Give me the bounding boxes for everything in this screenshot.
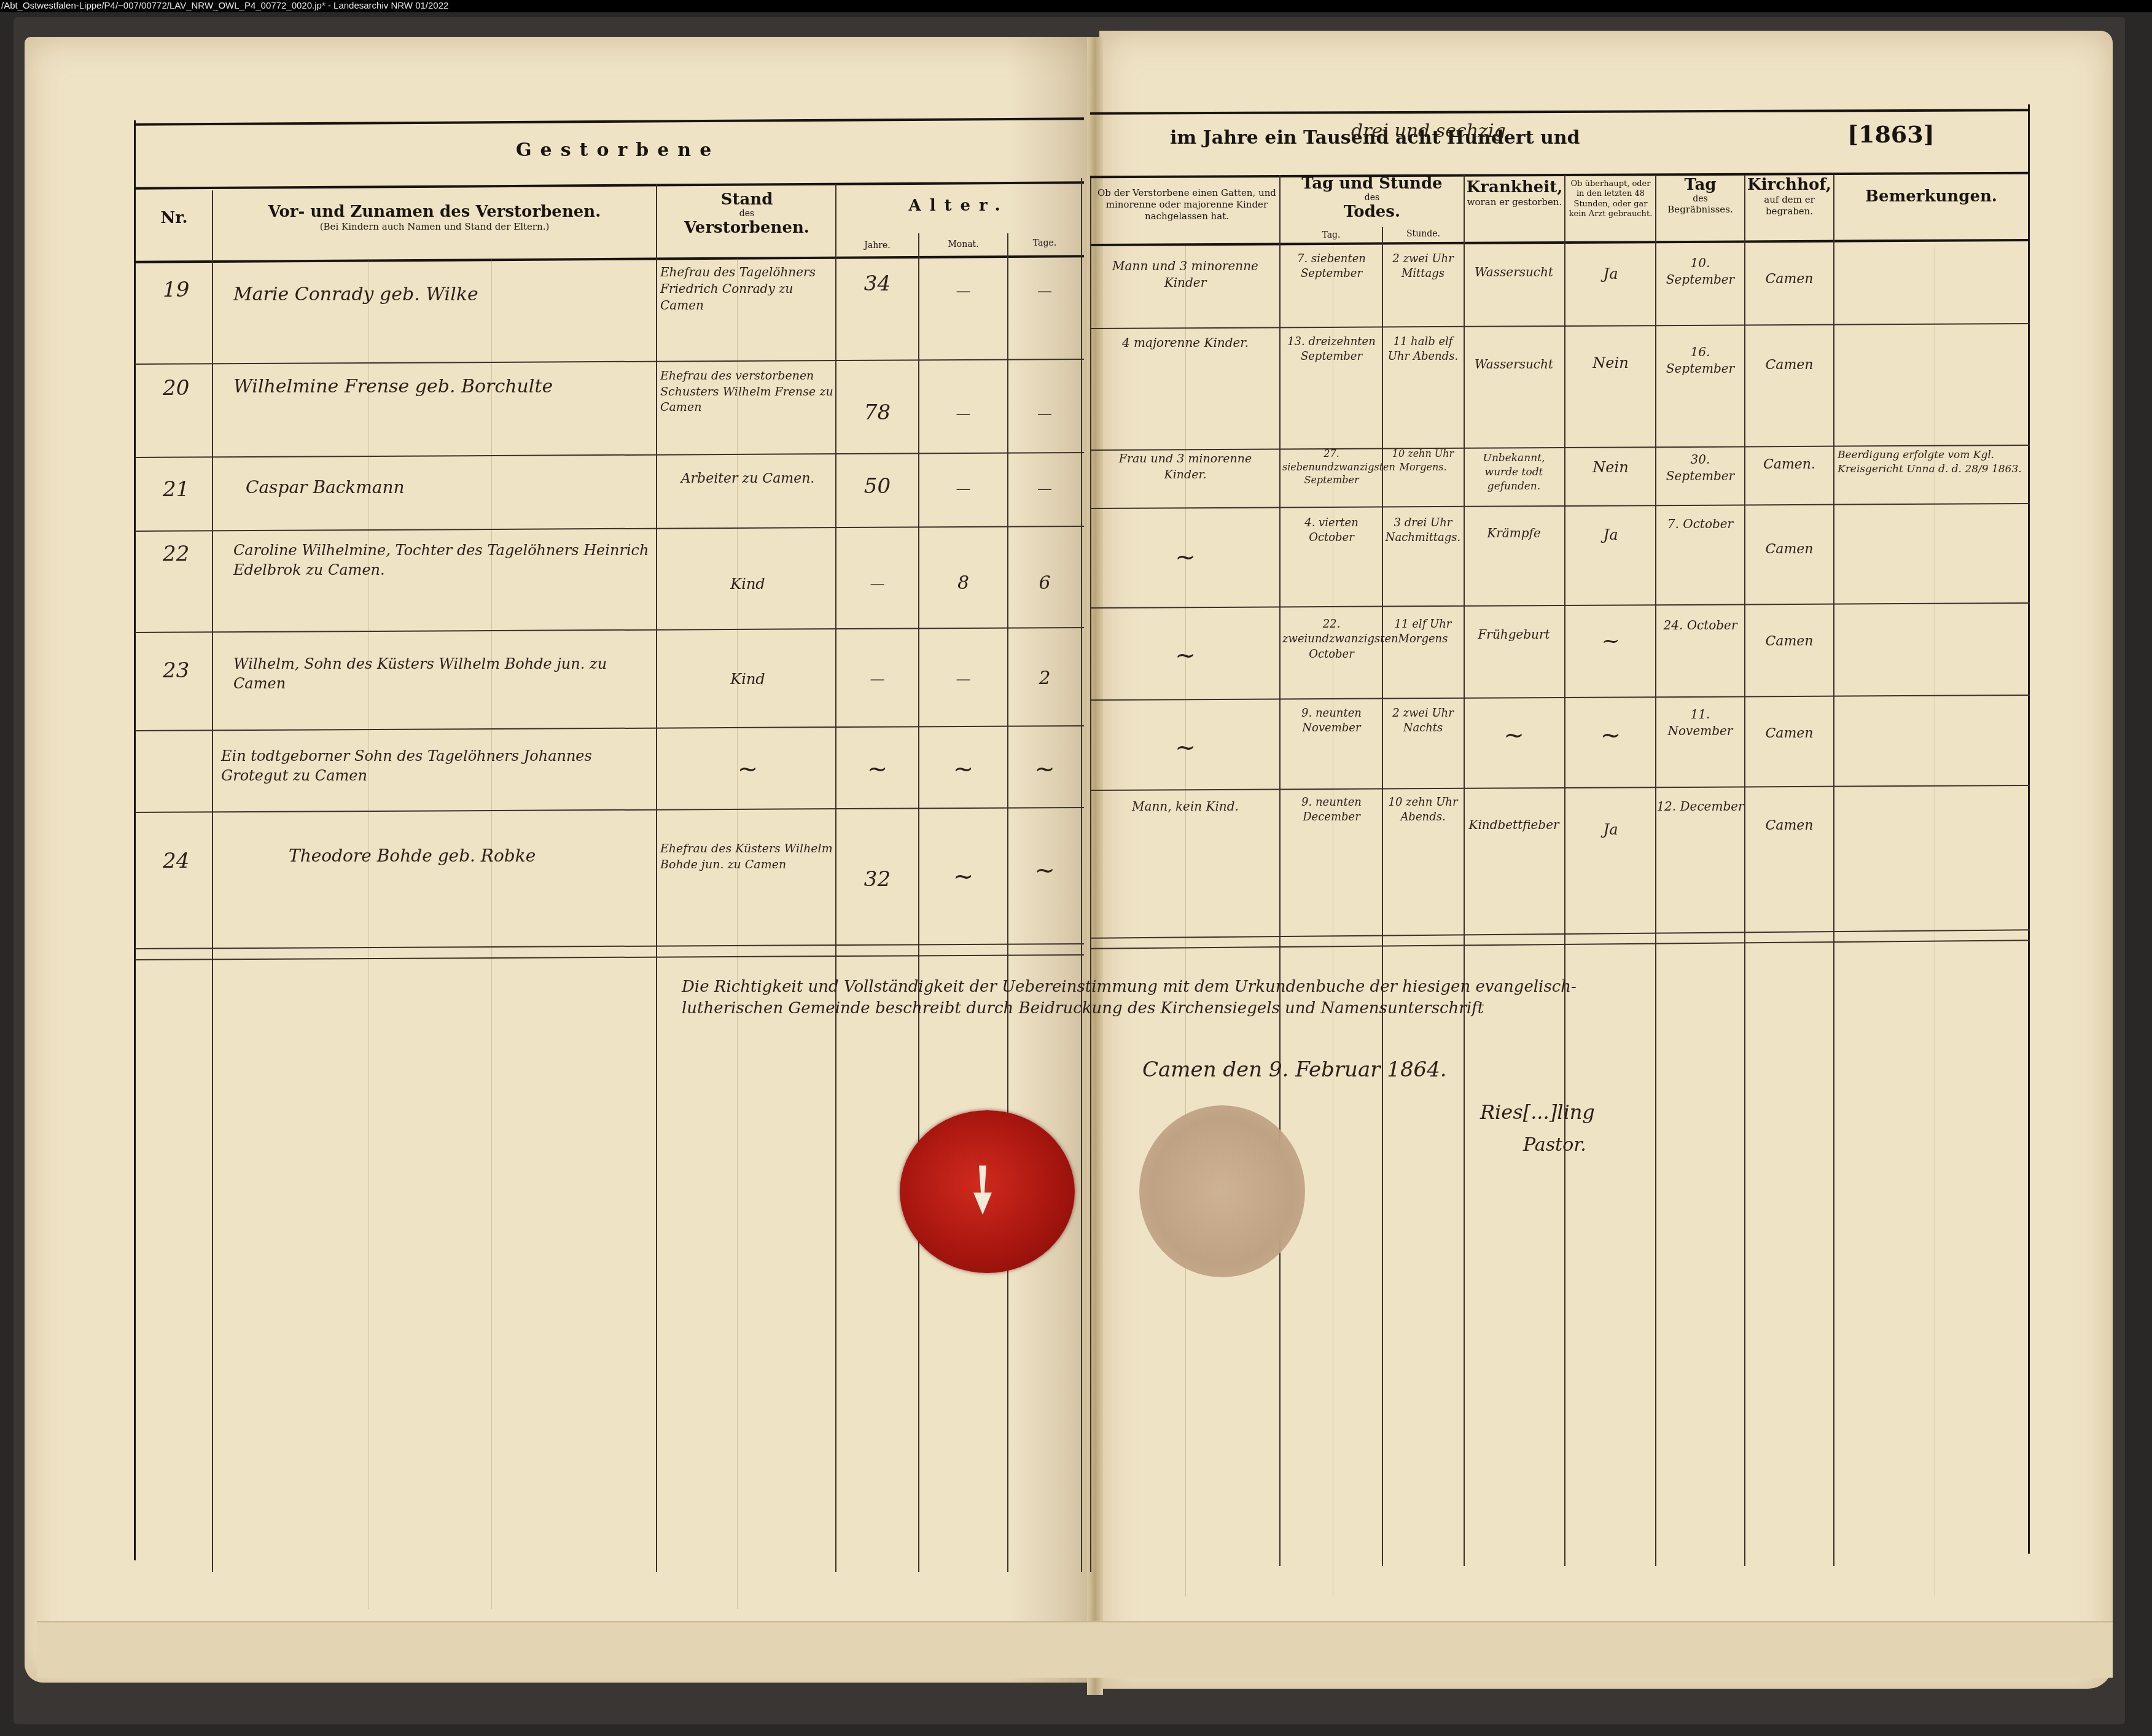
- row23-tod-stunde: 11 elf Uhr Morgens: [1383, 617, 1463, 647]
- red-wax-seal: [900, 1110, 1075, 1273]
- row21-monat: —: [919, 479, 1007, 499]
- row20-tod-tag: 13. dreizehnten September: [1282, 335, 1381, 365]
- header-hinterlassen-text: Ob der Verstorbene einen Gatten, und min…: [1096, 187, 1277, 222]
- row23-nr: 23: [163, 657, 189, 685]
- row21-stand: Arbeiter zu Camen.: [660, 470, 835, 488]
- row22-monat: 8: [919, 571, 1007, 596]
- row20-begraebnis: 16. September: [1656, 344, 1744, 377]
- header-kirchhof-sub: auf dem er begraben.: [1745, 194, 1833, 217]
- faint-rule: [368, 258, 369, 1609]
- row-stillborn-jahre: ~: [836, 752, 918, 785]
- row22-arzt: Ja: [1566, 525, 1655, 545]
- row20-tod-stunde: 11 halb elf Uhr Abends.: [1383, 335, 1463, 365]
- row19-krankheit: Wassersucht: [1465, 264, 1563, 281]
- row24-name: Theodore Bohde geb. Robke: [289, 844, 633, 868]
- header-arzt-text: Ob überhaupt, oder in den letzten 48 Stu…: [1566, 179, 1655, 219]
- row24-monat: ~: [919, 860, 1007, 893]
- row22-tage: 6: [1008, 571, 1081, 596]
- header-stand: Stand des Verstorbenen.: [658, 190, 835, 237]
- row-stillborn-begraebnis: 11. November: [1656, 706, 1744, 739]
- row19-kirchhof: Camen: [1745, 270, 1833, 289]
- header-todes: Tag und Stunde des Todes.: [1281, 174, 1464, 221]
- header-hinterlassen: Ob der Verstorbene einen Gatten, und min…: [1096, 187, 1277, 222]
- row24-tod-stunde: 10 zehn Uhr Abends.: [1383, 795, 1463, 825]
- header-begraebnis-mid: des: [1656, 194, 1744, 204]
- header-kirchhof: Kirchhof, auf dem er begraben.: [1745, 176, 1833, 217]
- row24-begraebnis: 12. December: [1656, 798, 1744, 815]
- row19-monat: —: [919, 281, 1007, 301]
- header-krankheit-title: Krankheit,: [1465, 178, 1564, 197]
- frame-left-border: [134, 120, 136, 1560]
- header-begraebnis-sub: Begräbnisses.: [1656, 204, 1744, 216]
- col-line-monat: [1007, 233, 1008, 1572]
- frame-right-border: [2028, 104, 2030, 1554]
- row24-nr: 24: [163, 847, 189, 876]
- header-arzt: Ob überhaupt, oder in den letzten 48 Stu…: [1566, 179, 1655, 219]
- header-stand-title: Stand: [658, 190, 835, 209]
- header-krankheit: Krankheit, woran er gestorben.: [1465, 178, 1564, 208]
- row22-tod-stunde: 3 drei Uhr Nachmittags.: [1383, 516, 1463, 546]
- col-line-begraebnis: [1744, 175, 1745, 1566]
- header-monat-label: Monat.: [919, 239, 1007, 249]
- row-stillborn-tod-stunde: 2 zwei Uhr Nachts: [1383, 706, 1463, 736]
- row21-name: Caspar Backmann: [246, 476, 651, 499]
- row21-arzt: Nein: [1566, 457, 1655, 477]
- row22-nr: 22: [163, 540, 189, 569]
- row22-krankheit: Krämpfe: [1465, 525, 1563, 542]
- header-monat: Monat.: [919, 239, 1007, 249]
- header-nr: Nr.: [136, 209, 212, 227]
- col-line-krankheit: [1564, 175, 1565, 1566]
- header-stand-mid: des: [658, 209, 835, 219]
- page-bottom-edge: [37, 1621, 2113, 1678]
- row20-hinterlassen: 4 majorenne Kinder.: [1096, 335, 1274, 351]
- header-begraebnis-title: Tag: [1656, 176, 1744, 194]
- row20-jahre: 78: [836, 399, 918, 427]
- row21-jahre: 50: [836, 473, 918, 501]
- header-kirchhof-title: Kirchhof,: [1745, 176, 1833, 194]
- row19-tage: —: [1008, 281, 1081, 301]
- row23-begraebnis: 24. October: [1656, 617, 1744, 634]
- header-nr-label: Nr.: [136, 209, 212, 227]
- row19-stand: Ehefrau des Tagelöhners Friedrich Conrad…: [660, 264, 835, 314]
- row21-begraebnis: 30. September: [1656, 451, 1744, 485]
- row-stillborn-name: Ein todtgeborner Sohn des Tagelöhners Jo…: [221, 746, 651, 786]
- col-line-right-start: [1090, 178, 1091, 1572]
- attestation-role: Pastor.: [1523, 1133, 1586, 1158]
- row-stillborn-monat: ~: [919, 752, 1007, 785]
- header-todes-title: Tag und Stunde: [1281, 174, 1464, 193]
- attestation-place-date: Camen den 9. Februar 1864.: [1142, 1056, 1447, 1084]
- row19-begraebnis: 10. September: [1656, 255, 1744, 288]
- col-line-tod-tag: [1382, 227, 1383, 1566]
- header-bemerkungen: Bemerkungen.: [1834, 187, 2028, 206]
- row20-name: Wilhelmine Frense geb. Borchulte: [233, 375, 651, 400]
- faint-rule: [491, 258, 492, 1609]
- row20-tage: —: [1008, 404, 1081, 424]
- col-line-nr: [212, 190, 213, 1572]
- row23-name: Wilhelm, Sohn des Küsters Wilhelm Bohde …: [233, 654, 651, 694]
- row23-arzt: ~: [1566, 626, 1655, 656]
- row-stillborn-hinterlassen: ~: [1096, 731, 1274, 764]
- row24-tage: ~: [1008, 854, 1081, 887]
- row23-jahre: —: [836, 669, 918, 689]
- row19-nr: 19: [163, 276, 189, 305]
- year-bracket: [1863]: [1847, 120, 1935, 148]
- row24-hinterlassen: Mann, kein Kind.: [1096, 798, 1274, 815]
- row20-monat: —: [919, 404, 1007, 424]
- row-stillborn-tage: ~: [1008, 752, 1081, 785]
- header-tod-tag: Tag.: [1281, 230, 1382, 240]
- header-stand-title2: Verstorbenen.: [658, 219, 835, 237]
- header-name-title: Vor- und Zunamen des Verstorbenen.: [215, 203, 654, 221]
- row20-arzt: Nein: [1566, 353, 1655, 373]
- window-title: /Abt_Ostwestfalen-Lippe/P4/~007/00772/LA…: [0, 0, 2152, 12]
- row19-tod-tag: 7. siebenten September: [1282, 252, 1381, 282]
- row24-arzt: Ja: [1566, 820, 1655, 839]
- row21-tod-tag: 27. siebenundzwanzigsten September: [1282, 447, 1381, 487]
- row19-arzt: Ja: [1566, 264, 1655, 284]
- row23-hinterlassen: ~: [1096, 639, 1274, 672]
- col-line-tod-stunde: [1464, 175, 1465, 1566]
- row-stillborn-arzt: ~: [1566, 718, 1655, 752]
- row22-tod-tag: 4. vierten October: [1282, 516, 1381, 546]
- row23-tage: 2: [1008, 666, 1081, 691]
- row20-stand: Ehefrau des verstorbenen Schusters Wilhe…: [660, 368, 835, 416]
- row22-jahre: —: [836, 574, 918, 594]
- row21-hinterlassen: Frau und 3 minorenne Kinder.: [1096, 451, 1274, 483]
- row21-tod-stunde: 10 zehn Uhr Morgens.: [1383, 447, 1463, 473]
- row21-kirchhof: Camen.: [1745, 456, 1833, 474]
- header-tod-stunde-label: Stunde.: [1383, 229, 1464, 239]
- header-jahre: Jahre.: [836, 241, 918, 251]
- row-stillborn-krankheit: ~: [1465, 718, 1563, 752]
- row22-name: Caroline Wilhelmine, Tochter des Tagelöh…: [233, 540, 651, 580]
- row21-bemerkungen: Beerdigung erfolgte vom Kgl. Kreisgerich…: [1838, 448, 2027, 477]
- faint-rule: [1185, 246, 1186, 1597]
- header-alter: Alter.: [836, 197, 1081, 215]
- seal-emblem-icon: [973, 1166, 992, 1215]
- col-line-name: [656, 184, 657, 1572]
- row20-nr: 20: [163, 375, 189, 403]
- row22-begraebnis: 7. October: [1656, 516, 1744, 532]
- row21-nr: 21: [163, 476, 189, 504]
- row22-stand: Kind: [660, 574, 835, 594]
- header-krankheit-sub: woran er gestorben.: [1465, 197, 1564, 208]
- year-words-handwritten: drei und sechzig: [1351, 119, 1506, 144]
- row22-hinterlassen: ~: [1096, 540, 1274, 574]
- row20-kirchhof: Camen: [1745, 356, 1833, 375]
- attestation-text: Die Richtigkeit und Vollständigkeit der …: [682, 976, 1603, 1019]
- row23-monat: —: [919, 669, 1007, 689]
- attestation-signature: Ries[...]ling: [1480, 1099, 1595, 1126]
- row19-name: Marie Conrady geb. Wilke: [233, 282, 651, 308]
- header-tod-stunde: Stunde.: [1383, 229, 1464, 239]
- col-line-arzt: [1655, 175, 1656, 1566]
- seal-stain-mark: [1139, 1105, 1305, 1277]
- row19-jahre: 34: [836, 270, 918, 298]
- row22-kirchhof: Camen: [1745, 540, 1833, 559]
- header-tage: Tage.: [1008, 238, 1081, 248]
- header-alter-title: Alter.: [836, 197, 1081, 215]
- header-jahre-label: Jahre.: [836, 241, 918, 251]
- row20-krankheit: Wassersucht: [1465, 356, 1563, 373]
- col-line-hinterlassen: [1279, 175, 1281, 1566]
- header-tage-label: Tage.: [1008, 238, 1081, 248]
- col-line-kirchhof: [1833, 175, 1834, 1566]
- col-line-tage: [1081, 178, 1082, 1572]
- row24-krankheit: Kindbettfieber: [1465, 817, 1563, 833]
- register-title-left: Gestorbene: [516, 139, 720, 161]
- header-name-sub: (Bei Kindern auch Namen und Stand der El…: [215, 221, 654, 233]
- row-stillborn-tod-tag: 9. neunten November: [1282, 706, 1381, 736]
- row19-tod-stunde: 2 zwei Uhr Mittags: [1383, 252, 1463, 282]
- header-tod-tag-label: Tag.: [1281, 230, 1382, 240]
- row-stillborn-stand: ~: [660, 752, 835, 785]
- row19-hinterlassen: Mann und 3 minorenne Kinder: [1096, 258, 1274, 291]
- header-begraebnis: Tag des Begräbnisses.: [1656, 176, 1744, 216]
- header-name: Vor- und Zunamen des Verstorbenen. (Bei …: [215, 203, 654, 233]
- header-todes-title2: Todes.: [1281, 203, 1464, 221]
- row24-kirchhof: Camen: [1745, 817, 1833, 835]
- col-line-jahre: [918, 233, 919, 1572]
- row23-tod-tag: 22. zweiundzwanzigsten October: [1282, 617, 1381, 662]
- faint-rule: [737, 258, 738, 1609]
- header-bemerkungen-title: Bemerkungen.: [1834, 187, 2028, 206]
- header-todes-mid: des: [1281, 193, 1464, 203]
- row24-jahre: 32: [836, 866, 918, 894]
- row23-kirchhof: Camen: [1745, 633, 1833, 651]
- row21-krankheit: Unbekannt, wurde todt gefunden.: [1465, 451, 1563, 494]
- row21-tage: —: [1008, 479, 1081, 499]
- row24-stand: Ehefrau des Küsters Wilhelm Bohde jun. z…: [660, 841, 835, 873]
- row24-tod-tag: 9. neunten December: [1282, 795, 1381, 825]
- row-stillborn-kirchhof: Camen: [1745, 725, 1833, 743]
- row23-stand: Kind: [660, 669, 835, 689]
- row23-krankheit: Frühgeburt: [1465, 626, 1563, 643]
